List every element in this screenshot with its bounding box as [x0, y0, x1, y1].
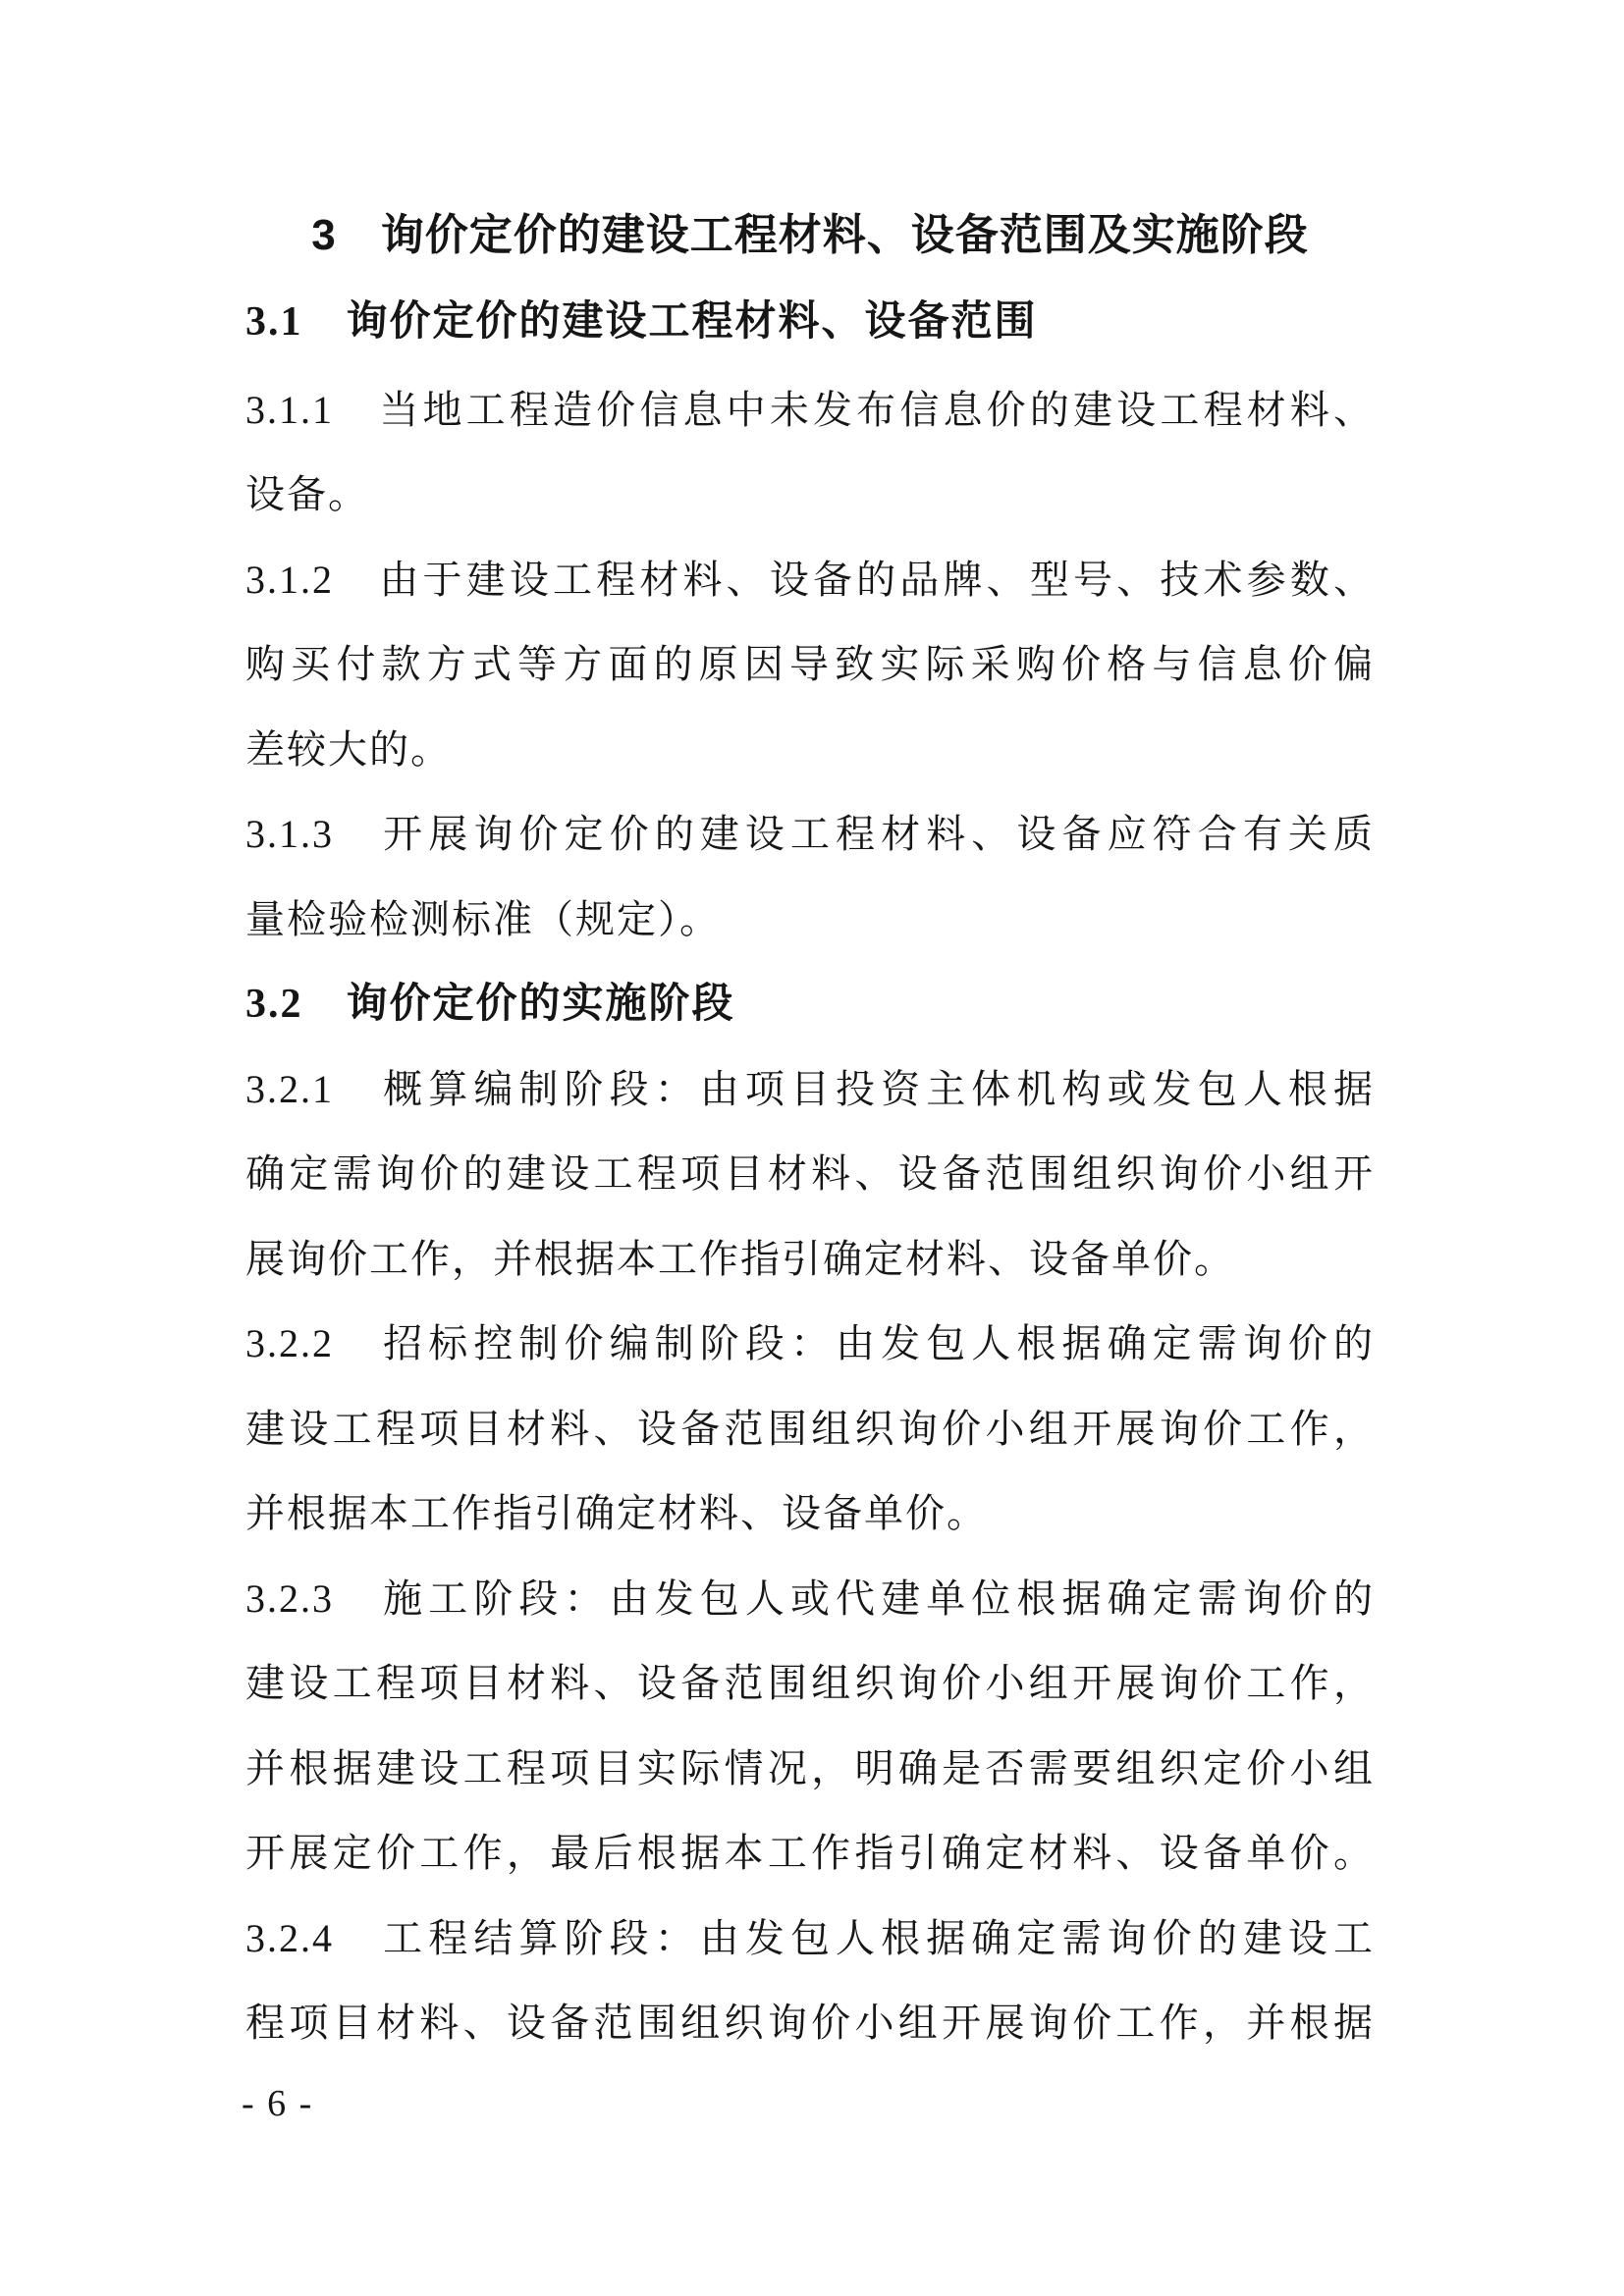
body-line: 并根据本工作指引确定材料、设备单价。 [245, 1489, 1375, 1538]
body-line: 设备。 [245, 470, 1375, 519]
section-heading-3-1: 3.1 询价定价的建设工程材料、设备范围 [245, 297, 1375, 347]
body-line: 展询价工作，并根据本工作指引确定材料、设备单价。 [245, 1235, 1375, 1284]
body-line: 3.1.2 由于建设工程材料、设备的品牌、型号、技术参数、 [245, 556, 1375, 605]
chapter-title: 3 询价定价的建设工程材料、设备范围及实施阶段 [245, 210, 1375, 261]
section-heading-3-2: 3.2 询价定价的实施阶段 [245, 980, 1375, 1029]
body-line: 建设工程项目材料、设备范围组织询价小组开展询价工作， [245, 1659, 1375, 1708]
body-line: 3.1.1 当地工程造价信息中未发布信息价的建设工程材料、 [245, 386, 1375, 435]
body-line: 3.2.3 施工阶段：由发包人或代建单位根据确定需询价的 [245, 1575, 1375, 1624]
body-line: 3.2.4 工程结算阶段：由发包人根据确定需询价的建设工 [245, 1914, 1375, 1963]
body-line: 3.1.3 开展询价定价的建设工程材料、设备应符合有关质 [245, 810, 1375, 859]
body-line: 建设工程项目材料、设备范围组织询价小组开展询价工作， [245, 1405, 1375, 1454]
body-line: 3.2.1 概算编制阶段：由项目投资主体机构或发包人根据 [245, 1065, 1375, 1114]
body-line: 确定需询价的建设工程项目材料、设备范围组织询价小组开 [245, 1149, 1375, 1199]
page-number: - 6 - [242, 2081, 313, 2126]
body-line: 3.2.2 招标控制价编制阶段：由发包人根据确定需询价的 [245, 1319, 1375, 1368]
body-line: 量检验检测标准（规定）。 [245, 895, 1375, 944]
body-line: 购买付款方式等方面的原因导致实际采购价格与信息价偏 [245, 640, 1375, 689]
document-page: 3 询价定价的建设工程材料、设备范围及实施阶段 3.1 询价定价的建设工程材料、… [0, 0, 1624, 2296]
body-line: 差较大的。 [245, 725, 1375, 774]
body-line: 开展定价工作，最后根据本工作指引确定材料、设备单价。 [245, 1829, 1375, 1878]
body-line: 并根据建设工程项目实际情况，明确是否需要组织定价小组 [245, 1744, 1375, 1793]
body-line: 程项目材料、设备范围组织询价小组开展询价工作，并根据 [245, 1999, 1375, 2048]
